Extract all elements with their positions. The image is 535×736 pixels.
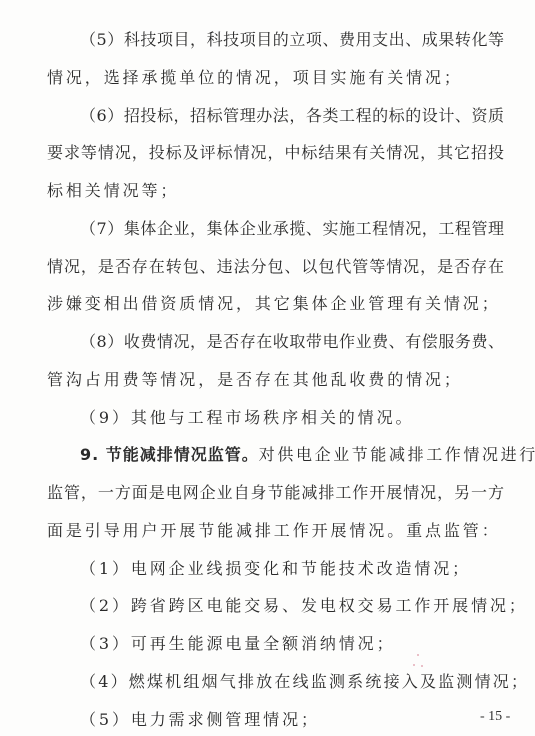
stamp-speck xyxy=(338,680,340,682)
paragraph-item-5-line-2: 情况，选择承揽单位的情况，项目实施有关情况； xyxy=(47,66,504,90)
paragraph-item-6-line-2: 要求等情况，投标及评标情况，中标结果有关情况，其它招投 xyxy=(47,141,504,165)
page-number: - 15 - xyxy=(480,709,510,725)
section-9-item-1: （1）电网企业线损变化和节能技术改造情况； xyxy=(80,557,504,581)
paragraph-item-8-line-1: （8）收费情况，是否存在收取带电作业费、有偿服务费、 xyxy=(80,330,504,354)
section-9-intro: 对供电企业节能减排工作情况进行 xyxy=(259,443,535,467)
section-9-item-4: （4）燃煤机组烟气排放在线监测系统接入及监测情况； xyxy=(80,670,504,694)
paragraph-item-9: （9）其他与工程市场秩序相关的情况。 xyxy=(80,406,504,430)
paragraph-item-7-line-3: 涉嫌变相出借资质情况，其它集体企业管理有关情况； xyxy=(47,292,504,316)
stamp-speck xyxy=(417,654,419,656)
section-9-line-3: 面是引导用户开展节能减排工作开展情况。重点监管： xyxy=(47,519,504,543)
section-9-item-2: （2）跨省跨区电能交易、发电权交易工作开展情况； xyxy=(80,594,504,618)
section-9-line-1: 9. 节能减排情况监管。 对供电企业节能减排工作情况进行 xyxy=(80,443,504,467)
stamp-speck xyxy=(421,665,423,667)
paragraph-item-5-line-1: （5）科技项目，科技项目的立项、费用支出、成果转化等 xyxy=(80,28,504,52)
paragraph-item-7-line-2: 情况，是否存在转包、违法分包、以包代管等情况，是否存在 xyxy=(47,255,504,279)
paragraph-item-6-line-3: 标相关情况等； xyxy=(47,179,504,203)
paragraph-item-7-line-1: （7）集体企业，集体企业承揽、实施工程情况，工程管理 xyxy=(80,217,504,241)
paragraph-item-6-line-1: （6）招投标，招标管理办法，各类工程的标的设计、资质 xyxy=(80,104,504,128)
section-9-item-5: （5）电力需求侧管理情况； xyxy=(80,708,504,732)
document-page: （5）科技项目，科技项目的立项、费用支出、成果转化等 情况，选择承揽单位的情况，… xyxy=(0,0,535,736)
section-9-line-2: 监管，一方面是电网企业自身节能减排工作开展情况，另一方 xyxy=(47,481,504,505)
section-9-item-3: （3）可再生能源电量全额消纳情况； xyxy=(80,632,504,656)
stamp-speck xyxy=(413,664,415,666)
paragraph-item-8-line-2: 管沟占用费等情况，是否存在其他乱收费的情况； xyxy=(47,368,504,392)
section-9-heading: 9. 节能减排情况监管。 xyxy=(80,443,259,467)
